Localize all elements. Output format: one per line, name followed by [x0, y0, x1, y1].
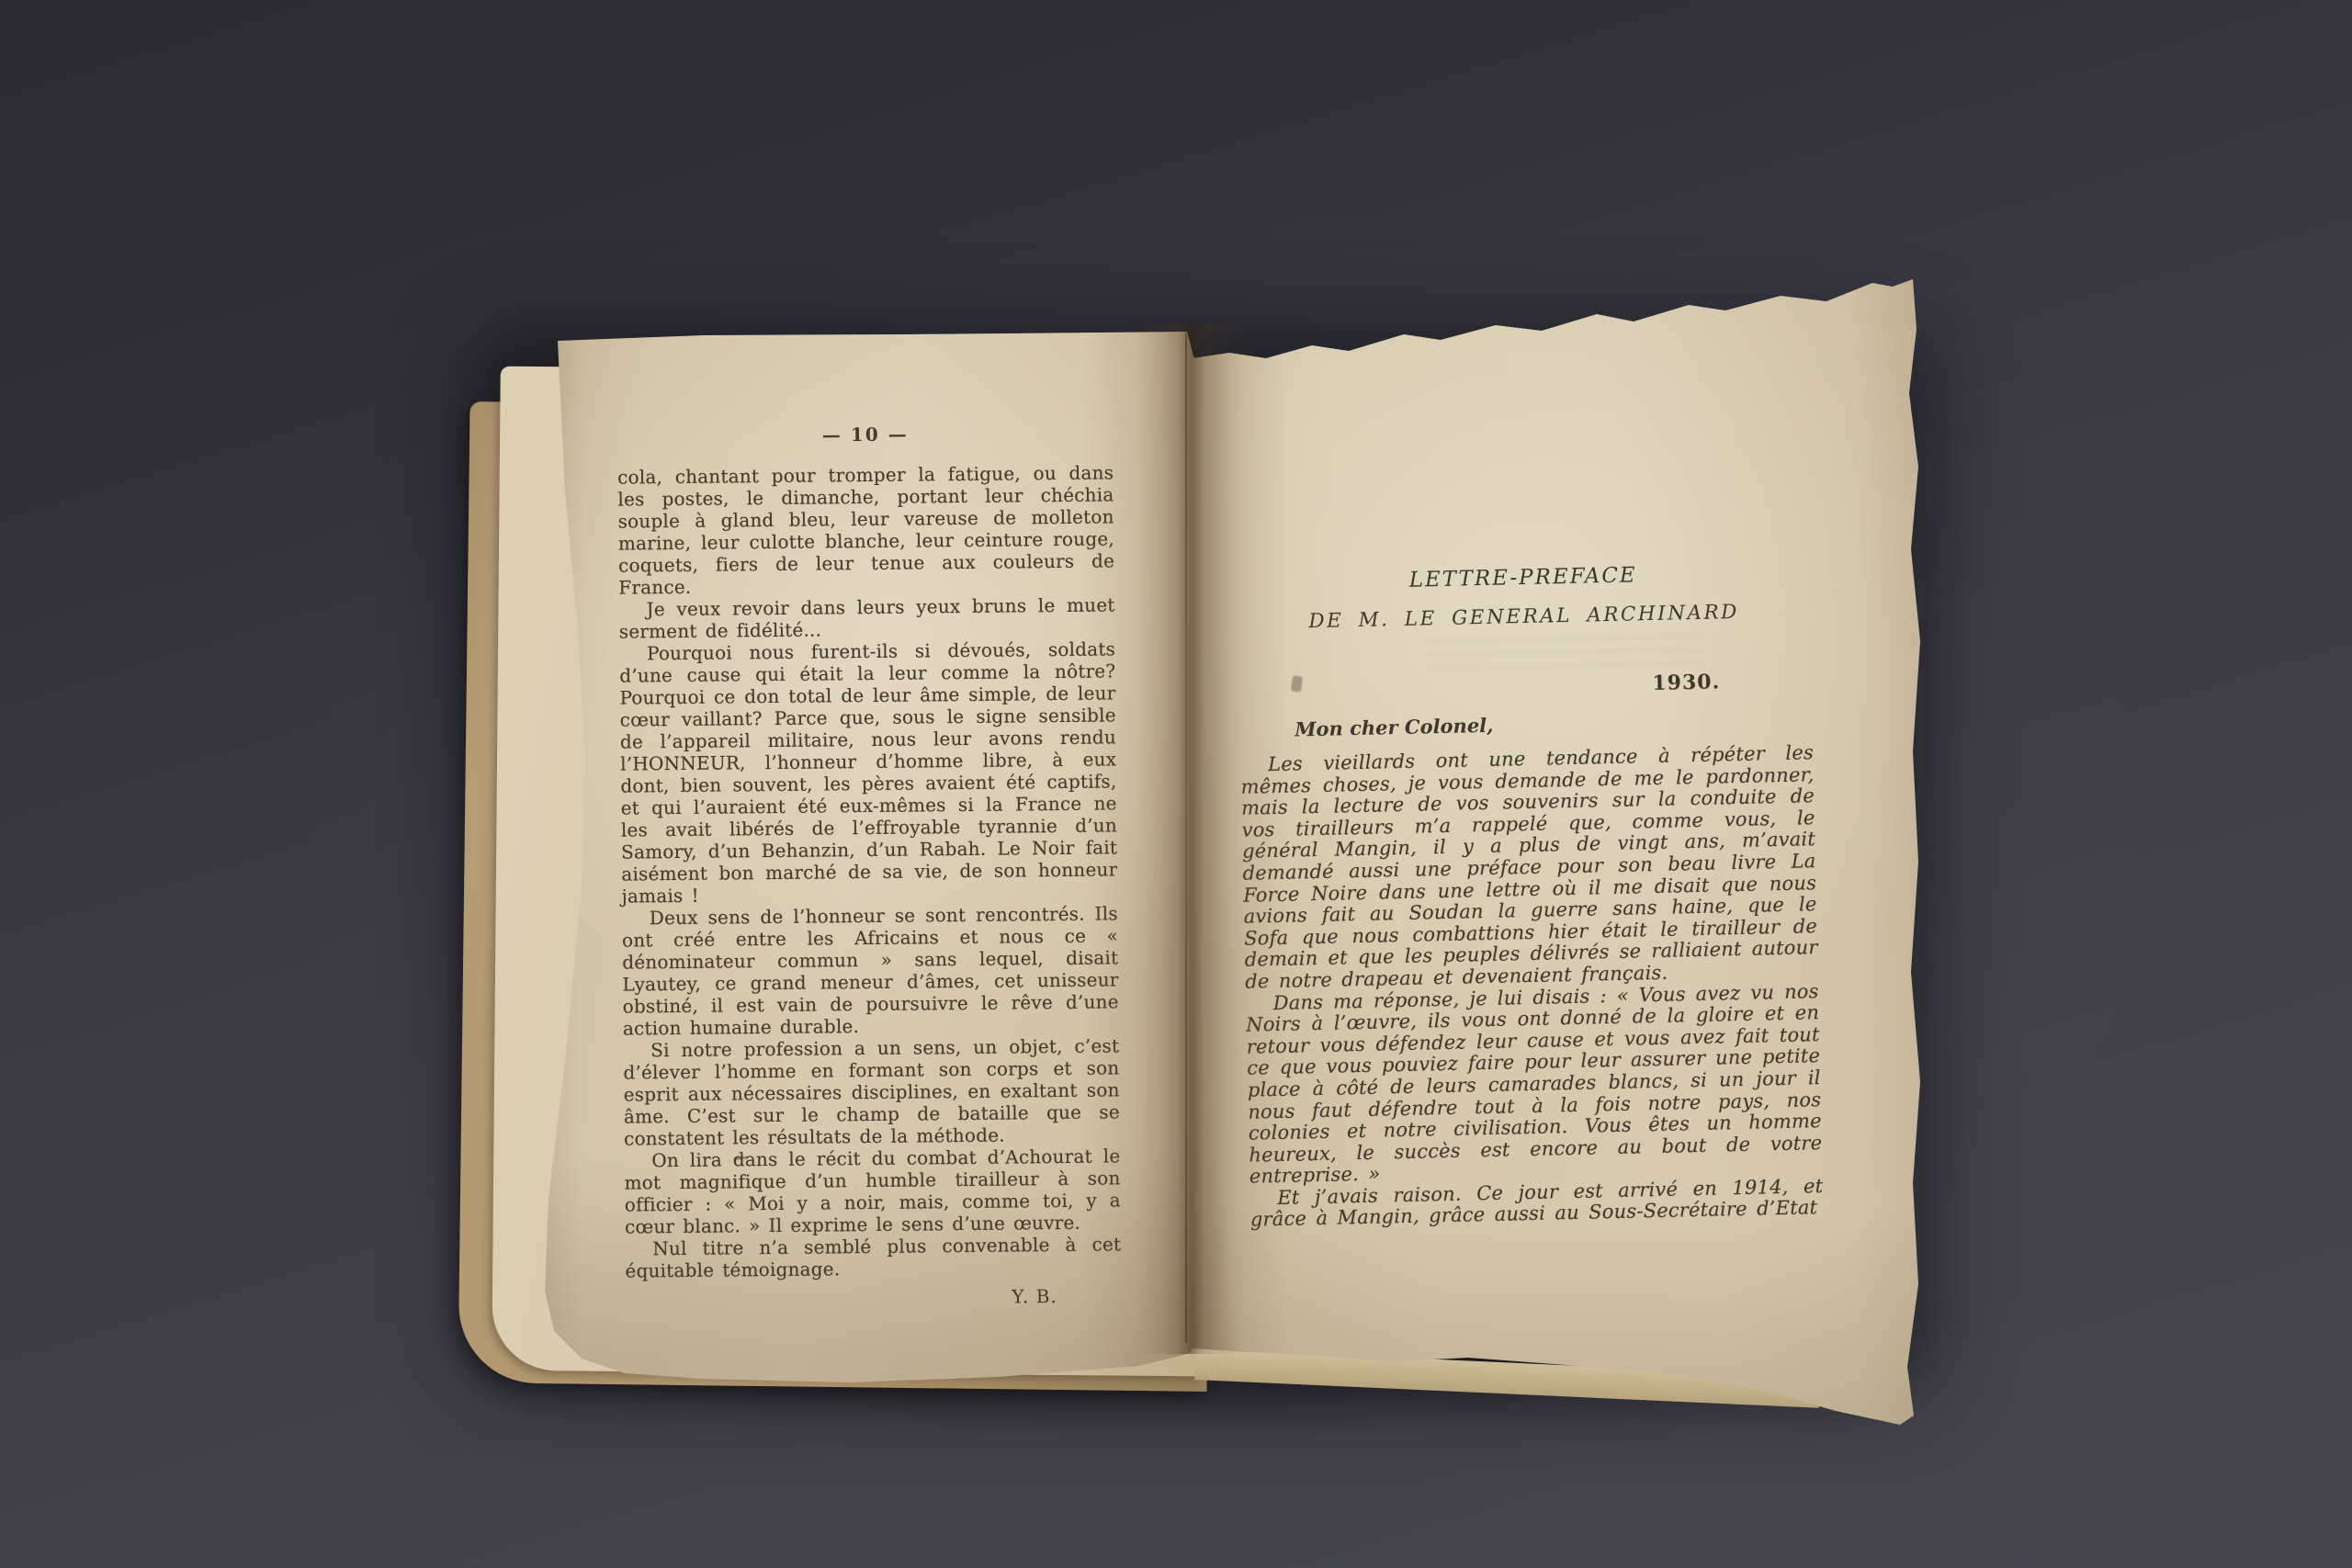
- page-number: — 10 —: [617, 421, 1114, 447]
- paragraph: Deux sens de l’honneur se sont rencontré…: [622, 902, 1119, 1039]
- left-page: — 10 — cola, chantant pour tromper la fa…: [537, 326, 1201, 1390]
- letter-date: 1930.: [1238, 668, 1812, 705]
- ink-smudge: [1291, 675, 1303, 692]
- left-page-text: cola, chantant pour tromper la fatigue, …: [617, 461, 1122, 1311]
- paragraph: Les vieillards ont une tendance à répéte…: [1240, 742, 1819, 993]
- paragraph: cola, chantant pour tromper la fatigue, …: [617, 461, 1114, 598]
- paragraph: Pourquoi nous furent-ils si dévoués, sol…: [619, 637, 1118, 907]
- right-page-text: Les vieillards ont une tendance à répéte…: [1240, 742, 1824, 1232]
- right-page: LETTRE-PREFACE DE M. LE GENERAL ARCHINAR…: [1193, 274, 1928, 1433]
- left-page-content: — 10 — cola, chantant pour tromper la fa…: [533, 323, 1206, 1393]
- letter-subtitle: DE M. LE GENERAL ARCHINARD: [1237, 599, 1810, 635]
- photo-backdrop: — 10 — cola, chantant pour tromper la fa…: [0, 0, 2352, 1568]
- signature: Y. B.: [626, 1284, 1122, 1311]
- salutation: Mon cher Colonel,: [1239, 706, 1813, 742]
- open-book: — 10 — cola, chantant pour tromper la fa…: [0, 0, 2352, 1568]
- paragraph: On lira dans le récit du combat d’Achour…: [624, 1145, 1121, 1237]
- paragraph: Si notre profession a un sens, un objet,…: [623, 1034, 1120, 1149]
- letter-title: LETTRE-PREFACE: [1236, 559, 1809, 596]
- paragraph: Nul titre n’a semblé plus convenable à c…: [625, 1233, 1121, 1281]
- right-page-content: LETTRE-PREFACE DE M. LE GENERAL ARCHINAR…: [1230, 267, 1824, 1231]
- paragraph: Je veux revoir dans leurs yeux bruns le …: [618, 593, 1114, 642]
- paragraph: Dans ma réponse, je lui disais : « Vous …: [1245, 981, 1822, 1189]
